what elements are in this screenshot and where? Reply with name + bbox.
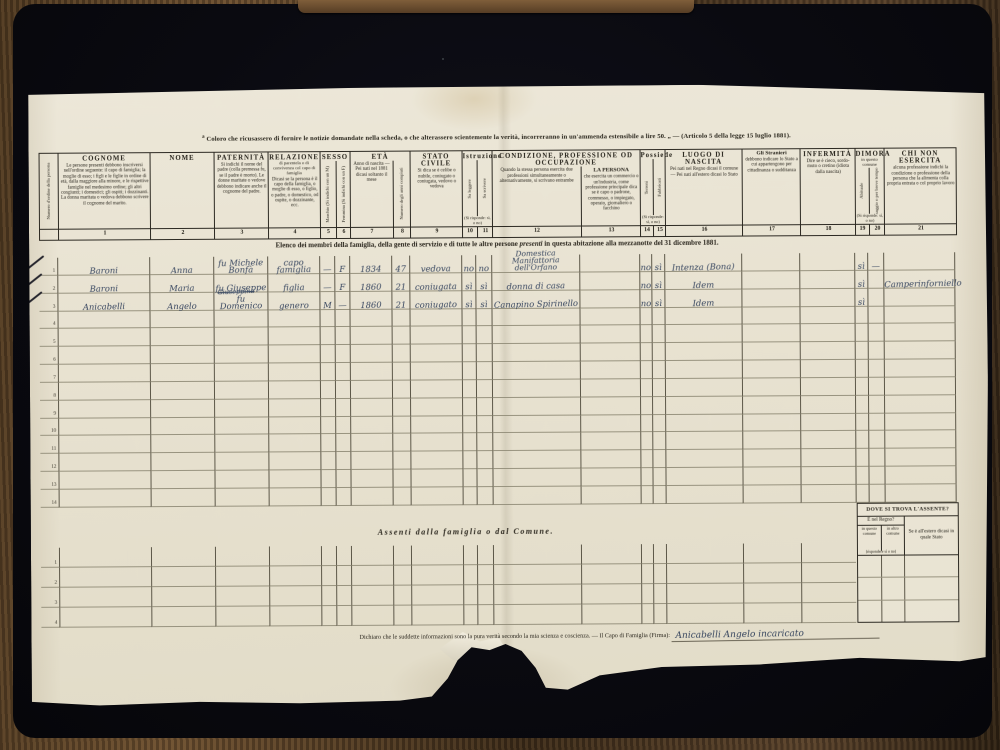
table-cell — [268, 452, 320, 470]
table-cell — [580, 343, 640, 361]
header-group: COGNOMELe persone presenti debbono inscr… — [58, 153, 151, 240]
table-cell — [868, 324, 884, 342]
table-cell — [883, 306, 955, 324]
column-number: 10 — [463, 227, 477, 237]
header-group-label: LUOGO DI NASCITA — [666, 150, 742, 167]
table-cell — [58, 346, 150, 364]
table-cell — [476, 451, 492, 469]
table-cell: Angelo — [149, 292, 213, 310]
table-cell — [151, 489, 215, 507]
row-number: 8 — [53, 392, 56, 398]
handwritten-entry: donna di casa — [492, 281, 579, 290]
absent-table-cell — [641, 604, 653, 624]
table-cell — [336, 488, 351, 506]
table-cell — [640, 379, 652, 397]
absent-table-cell — [411, 565, 463, 585]
table-cell — [150, 417, 214, 435]
table-cell: Maria — [149, 275, 213, 293]
table-cell: Anicabelli — [57, 293, 149, 311]
handwritten-entry: Anicabelli — [58, 302, 149, 311]
table-cell — [58, 400, 150, 418]
absent-location-cell — [881, 556, 904, 577]
absent-table-cell — [653, 604, 666, 624]
header-columns: Pei nati nel Regno dicasi il comune — Pe… — [666, 166, 742, 225]
handwritten-entry: 1834 — [350, 265, 391, 273]
absent-location-rows — [858, 555, 958, 622]
table-cell: donna di casa — [491, 272, 579, 290]
header-cell-rotated: Maschio (Si indichi con un M) — [326, 161, 331, 227]
header-group: PATERNITÀSi indichi il nome del padre (c… — [214, 152, 269, 238]
table-cell — [267, 310, 319, 328]
absent-location-row — [858, 600, 958, 622]
handwritten-entry: sì — [462, 301, 475, 308]
handwritten-entry: F — [335, 266, 349, 273]
row-number: 10 — [51, 428, 56, 434]
column-number: 13 — [581, 226, 641, 236]
header-group: PossiedeTerreniFabbricati(Si risponde: s… — [640, 150, 666, 236]
header-number-row: 18 — [801, 224, 855, 235]
absent-table-row: 4 — [41, 603, 856, 628]
table-cell — [476, 380, 492, 398]
table-cell — [741, 253, 799, 271]
table-cell — [392, 327, 410, 345]
header-cell-description: Dicasi se la persona è il capo della fam… — [269, 176, 321, 228]
table-cell — [742, 449, 800, 467]
table-cell — [150, 328, 214, 346]
header-number-row: 1213 — [493, 225, 640, 237]
handwritten-entry: Baroni — [58, 266, 149, 275]
table-cell — [58, 436, 150, 454]
absent-table-cell — [393, 546, 411, 566]
table-cell — [409, 309, 461, 327]
table-cell: 13 — [40, 472, 58, 490]
table-cell — [58, 382, 150, 400]
header-number-row: 1011 — [463, 226, 492, 237]
absent-table-cell — [269, 586, 321, 606]
table-cell — [742, 414, 800, 432]
absent-table-cell — [269, 606, 321, 626]
handwritten-entry: Idem — [665, 298, 741, 307]
table-cell: no — [475, 255, 491, 273]
table-cell — [57, 311, 149, 329]
header-cell-rotated: Occasionale, cioè di passaggio o per bre… — [875, 167, 880, 214]
table-cell — [335, 381, 350, 399]
rotated-label: Abituale — [860, 183, 865, 199]
table-cell — [268, 363, 320, 381]
table-cell: no — [639, 254, 651, 272]
table-cell: sì — [651, 290, 664, 308]
table-cell — [350, 327, 392, 345]
absent-table-cell: 2 — [41, 568, 59, 588]
absent-table-cell — [463, 605, 477, 625]
absent-table-cell — [351, 586, 393, 606]
header-columns: Si indichi il nome del padre (colla prem… — [215, 162, 268, 228]
table-cell — [350, 434, 392, 452]
row-number: 5 — [53, 339, 56, 345]
table-cell — [462, 434, 476, 452]
header-group: ETÀAnno di nascita — Pei nati nel 1881 d… — [350, 152, 411, 238]
header-cell: Terreni — [641, 159, 653, 215]
absent-table-cell — [351, 566, 393, 586]
table-cell — [320, 381, 335, 399]
table-cell — [215, 488, 269, 506]
table-cell — [580, 433, 640, 451]
absent-table-cell — [269, 546, 321, 566]
column-number: 3 — [215, 228, 269, 238]
absent-table-cell — [336, 586, 351, 606]
header-number-row: 78 — [351, 227, 410, 238]
header-group-sublabel: di parentela o di convivenza col capo di… — [269, 161, 320, 176]
absent-table-cell — [666, 544, 743, 564]
table-cell — [410, 327, 462, 345]
table-cell — [462, 380, 476, 398]
header-cell: Sa leggere — [463, 160, 477, 216]
absent-table-cell — [151, 587, 215, 607]
row-number: 11 — [51, 446, 56, 452]
absent-grid: 1234 — [41, 543, 856, 628]
table-cell — [410, 416, 462, 434]
handwritten-entry: no — [462, 265, 475, 272]
table-cell — [884, 341, 956, 359]
absent-table-cell — [653, 564, 666, 584]
table-cell — [334, 309, 349, 327]
absent-table-cell — [493, 545, 581, 566]
table-cell: figlia — [267, 274, 319, 292]
row-number: 4 — [53, 321, 56, 327]
table-cell: Idem — [664, 271, 741, 289]
header-group-footnote: (Si risponde: sì, o no) — [463, 216, 492, 226]
handwritten-entry: fu Michele Bonfà — [214, 259, 267, 274]
table-cell: sì — [475, 291, 491, 309]
table-cell — [855, 342, 868, 360]
rotated-label: Numero degli anni compiuti — [400, 168, 405, 220]
absent-table-cell — [463, 585, 477, 605]
table-cell — [411, 487, 463, 505]
header-cell: Dire se è cieco, sordo-muto o cretino (i… — [801, 158, 856, 224]
table-cell — [58, 453, 150, 471]
table-cell — [392, 345, 410, 363]
header-group-label: SESSO — [321, 152, 350, 161]
handwritten-entry: figlia — [268, 283, 319, 291]
header-cell: Si dica se è celibe o nubile, coniugato … — [411, 168, 463, 227]
table-cell — [476, 469, 492, 487]
table-cell — [665, 450, 742, 468]
absent-table-cell — [641, 544, 653, 564]
table-cell — [799, 289, 854, 307]
header-cell: Abituale — [856, 168, 869, 215]
absent-location-row — [858, 578, 958, 601]
table-cell — [665, 468, 742, 486]
row-number: 4 — [55, 620, 58, 626]
table-cell — [320, 327, 335, 345]
absent-table-cell — [411, 605, 463, 625]
handwritten-entry: Anna — [150, 266, 213, 274]
table-cell — [579, 272, 639, 290]
table-cell: sì — [475, 273, 491, 291]
column-number: 1 — [59, 229, 151, 240]
column-number: 2 — [151, 229, 215, 239]
absent-table-cell — [411, 545, 463, 565]
column-number: 5 — [321, 228, 336, 238]
header-columns: TerreniFabbricati — [641, 159, 665, 215]
table-cell: sì — [461, 273, 475, 291]
table-cell — [392, 380, 410, 398]
table-cell — [268, 328, 320, 346]
table-cell — [856, 485, 869, 503]
header-number-row: 9 — [411, 226, 462, 237]
table-cell — [868, 342, 884, 360]
row-number: 12 — [51, 464, 56, 470]
column-number: 11 — [477, 227, 493, 237]
table-cell — [476, 434, 492, 452]
table-cell — [579, 308, 639, 326]
header-number-row: 1 — [59, 228, 150, 240]
table-cell — [492, 469, 580, 487]
header-cell: Maschio (Si indichi con un M) — [321, 161, 336, 227]
header-group-sublabel: in questo comune — [856, 158, 884, 168]
absent-table-cell — [59, 607, 151, 628]
header-cell-rotated: Sa scrivere — [483, 160, 488, 216]
table-cell — [268, 470, 320, 488]
header-columns: Dire se è cieco, sordo-muto o cretino (i… — [801, 158, 855, 224]
absent-table-cell — [581, 584, 641, 604]
absent-table-cell — [215, 606, 269, 626]
absent-table-cell — [336, 566, 351, 586]
table-cell — [665, 432, 742, 450]
table-cell — [640, 433, 652, 451]
absent-table-cell — [393, 606, 411, 626]
header-number-row — [40, 229, 58, 240]
column-number: 4 — [269, 228, 321, 238]
table-cell — [268, 345, 320, 363]
absent-table-cell — [493, 585, 581, 606]
header-cell-rotated: Femmina (Si indichi con un F) — [341, 161, 346, 227]
table-cell — [320, 345, 335, 363]
table-cell — [214, 417, 268, 435]
header-number-row: 56 — [321, 227, 350, 238]
table-cell: Idem — [664, 289, 741, 307]
footnote-marker: a — [202, 135, 205, 140]
absent-table-cell — [801, 563, 856, 583]
table-cell — [652, 468, 665, 486]
table-cell: Domestica Manifattoria dell'Orfano — [491, 255, 579, 273]
table-cell — [462, 327, 476, 345]
table-cell — [800, 342, 855, 360]
header-group: SESSOMaschio (Si indichi con un M)Femmin… — [320, 152, 351, 238]
table-cell — [476, 362, 492, 380]
handwritten-entry: Idem — [665, 281, 741, 290]
table-cell — [800, 413, 855, 431]
absent-location-row — [858, 555, 958, 578]
header-group: DIMORAin questo comuneAbitualeOccasional… — [855, 149, 885, 235]
absent-table-cell — [151, 547, 215, 567]
table-cell: capo famiglia — [267, 256, 319, 274]
table-cell — [492, 451, 580, 469]
absent-table-cell — [215, 546, 269, 566]
table-cell — [476, 416, 492, 434]
table-cell — [319, 310, 334, 328]
absent-table-cell — [666, 584, 743, 604]
absent-table-cell: 1 — [41, 548, 59, 568]
table-cell — [867, 306, 883, 324]
absent-table-cell — [743, 563, 801, 583]
table-cell: 5 — [40, 329, 58, 347]
table-cell — [640, 325, 652, 343]
table-cell: genero — [267, 292, 319, 310]
absent-table-cell — [336, 606, 351, 626]
table-cell — [652, 432, 665, 450]
header-group-label: Possiede — [641, 150, 665, 159]
table-cell: coniugato — [409, 291, 461, 309]
table-cell — [855, 467, 868, 485]
column-number: 12 — [493, 227, 581, 238]
header-group-label: NOME — [151, 153, 214, 163]
header-cell: Gli Stranieridebbono indicare lo Stato a… — [743, 149, 801, 224]
table-cell: 21 — [391, 273, 409, 291]
table-cell — [883, 252, 955, 270]
table-cell — [214, 399, 268, 417]
table-cell — [492, 326, 580, 344]
header-cell-description: che esercita un commercio o un'industria… — [582, 173, 641, 225]
table-cell — [665, 378, 742, 396]
table-cell — [742, 467, 800, 485]
table-cell — [214, 328, 268, 346]
table-cell — [869, 485, 885, 503]
header-cell-description: Dire se è cieco, sordo-muto o cretino (i… — [801, 158, 856, 224]
handwritten-entry: coniugata — [410, 283, 461, 291]
handwritten-entry: genero — [268, 301, 319, 309]
photo-of-census-document: { "scene": { "background_color": "#0a0a1… — [0, 0, 1000, 750]
header-cell-description: Quando la stessa persona esercita due pr… — [493, 167, 581, 226]
table-cell — [800, 360, 855, 378]
table-cell — [492, 344, 580, 362]
table-cell — [349, 309, 391, 327]
table-cell: M — [319, 292, 334, 310]
rotated-label: Sa leggere — [467, 179, 472, 198]
table-cell — [855, 431, 868, 449]
header-columns: Maschio (Si indichi con un M)Femmina (Si… — [321, 161, 350, 227]
table-cell — [214, 364, 268, 382]
table-cell — [335, 470, 350, 488]
header-cell — [151, 162, 215, 228]
table-cell — [214, 346, 268, 364]
table-cell — [800, 324, 855, 342]
column-number: 6 — [336, 228, 351, 238]
header-cell-description: alcuna professione indichi la condizione… — [885, 164, 957, 223]
table-cell — [391, 309, 409, 327]
table-cell — [335, 399, 350, 417]
table-cell — [410, 469, 462, 487]
table-cell — [664, 307, 741, 325]
absent-location-cell — [881, 600, 904, 621]
absent-location-cell — [904, 578, 958, 600]
table-cell — [855, 449, 868, 467]
handwritten-entry: no — [640, 282, 651, 289]
column-number: 9 — [411, 227, 463, 237]
table-cell — [320, 452, 335, 470]
header-number-row: 3 — [215, 227, 268, 238]
handwritten-entry: no — [640, 300, 651, 307]
absent-table-cell — [151, 567, 215, 587]
table-cell — [350, 416, 392, 434]
table-cell — [741, 307, 799, 325]
table-cell — [410, 362, 462, 380]
table-cell — [214, 453, 268, 471]
absent-table-cell — [801, 543, 856, 563]
absent-location-cell — [858, 556, 881, 577]
table-cell — [580, 326, 640, 344]
table-cell — [268, 417, 320, 435]
absent-table-cell — [351, 546, 393, 566]
table-cell — [149, 310, 213, 328]
handwritten-entry: Maria — [150, 284, 213, 292]
header-cell: Numero d'ordine della persona — [40, 154, 58, 229]
absent-table-cell — [493, 565, 581, 586]
table-cell — [150, 400, 214, 418]
table-cell — [640, 468, 652, 486]
table-cell — [350, 398, 392, 416]
header-cell: Pei nati nel Regno dicasi il comune — Pe… — [666, 166, 743, 225]
row-number: 3 — [53, 303, 56, 309]
table-cell — [868, 395, 884, 413]
table-cell — [884, 377, 956, 395]
absent-table-cell — [493, 605, 581, 626]
absent-location-header: È nel Regno? in questo comune in altro c… — [858, 516, 958, 556]
column-number: 16 — [666, 226, 743, 236]
table-cell: sì — [854, 253, 867, 271]
row-number: 9 — [54, 410, 57, 416]
absent-location-title: DOVE SI TROVA L'ASSENTE? — [858, 503, 958, 517]
absent-table-cell: 4 — [41, 608, 59, 628]
table-cell — [580, 450, 640, 468]
table-cell: 6 — [40, 347, 58, 365]
table-cell — [800, 431, 855, 449]
absent-table-cell — [653, 584, 666, 604]
table-cell — [800, 396, 855, 414]
header-group-label: STATO CIVILE — [411, 151, 462, 168]
header-cell: Quando la stessa persona esercita due pr… — [493, 167, 581, 226]
header-group-label: Istruzione — [463, 151, 492, 160]
absent-table-cell — [666, 564, 743, 584]
table-cell: 14 — [41, 490, 59, 508]
absent-table-cell — [59, 547, 151, 568]
header-group: CHI NON ESERCITAalcuna professione indic… — [884, 148, 957, 234]
wooden-bar — [298, 0, 694, 13]
this-comune-label: in questo comune — [858, 526, 881, 551]
table-cell — [335, 434, 350, 452]
table-cell: 4 — [39, 311, 57, 329]
table-cell — [640, 361, 652, 379]
table-cell: fu Michele Bonfà — [213, 256, 267, 274]
absent-table-cell — [581, 544, 641, 564]
handwritten-entry: 21 — [392, 283, 409, 290]
absent-location-cell — [904, 555, 958, 577]
handwritten-entry: sì — [855, 298, 867, 305]
table-cell — [653, 486, 666, 504]
absent-table-cell — [743, 543, 801, 563]
absent-table-cell — [59, 587, 151, 608]
absent-location-cell — [881, 578, 904, 599]
handwritten-entry: Camperinforniello — [884, 279, 954, 288]
table-cell — [652, 343, 665, 361]
absent-table-cell — [743, 583, 801, 603]
handwritten-entry: — — [335, 301, 349, 308]
table-cell: 47 — [391, 256, 409, 274]
table-cell — [742, 432, 800, 450]
table-cell — [58, 418, 150, 436]
table-cell — [580, 468, 640, 486]
row-number: 1 — [54, 560, 57, 566]
